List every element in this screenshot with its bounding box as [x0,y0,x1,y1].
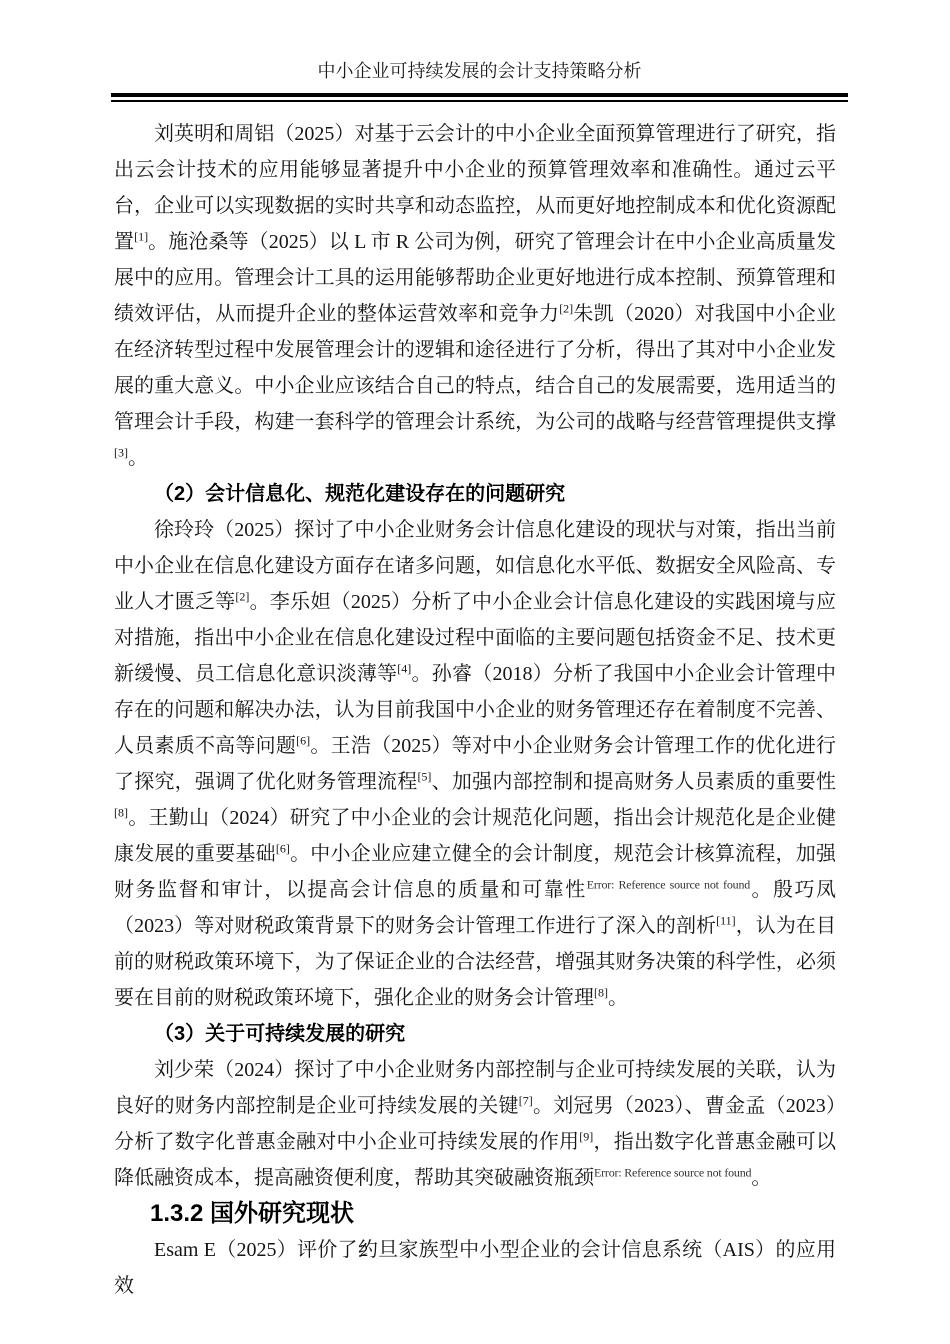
citation-superscript: [7] [519,1093,533,1107]
citation-superscript: [2] [559,301,573,315]
text-run: （3）关于可持续发展的研究 [154,1023,405,1045]
paragraph: 刘英明和周铝（2025）对基于云会计的中小企业全面预算管理进行了研究，指出云会计… [114,116,836,476]
page-header: 中小企业可持续发展的会计支持策略分析 [111,56,848,102]
citation-superscript: [9] [579,1129,593,1143]
page-number: 2 [344,1241,384,1261]
subsection-heading: （2）会计信息化、规范化建设存在的问题研究 [114,476,836,512]
text-run: （2）会计信息化、规范化建设存在的问题研究 [154,483,565,505]
citation-superscript: [5] [417,769,431,783]
document-page: 中小企业可持续发展的会计支持策略分析 刘英明和周铝（2025）对基于云会计的中小… [0,0,950,1344]
subsection-heading: （3）关于可持续发展的研究 [114,1016,836,1052]
section-heading: 1.3.2 国外研究现状 [114,1196,836,1232]
header-rule-thin [111,100,848,102]
paragraph: Esam E（2025）评价了约旦家族型中小型企业的会计信息系统（AIS）的应用… [114,1232,836,1304]
citation-superscript: [4] [397,661,411,675]
document-body: 刘英明和周铝（2025）对基于云会计的中小企业全面预算管理进行了研究，指出云会计… [114,116,836,1304]
citation-superscript: [8] [114,805,128,819]
citation-superscript: [1] [134,229,148,243]
paragraph: 刘少荣（2024）探讨了中小企业财务内部控制与企业可持续发展的关联，认为良好的财… [114,1052,836,1196]
text-run: 。 [128,447,148,469]
paragraph: 徐玲玲（2025）探讨了中小企业财务会计信息化建设的现状与对策，指出当前中小企业… [114,512,836,1016]
error-reference-field: Error: Reference source not found [594,1165,751,1179]
citation-superscript: [11] [716,913,736,927]
text-run: 。 [751,1167,771,1189]
text-run: 、加强内部控制和提高财务人员素质的重要性 [431,771,836,793]
text-run: Esam E（2025）评价了约旦家族型中小型企业的会计信息系统（AIS）的应用… [114,1239,836,1297]
citation-superscript: [3] [114,445,128,459]
error-reference-field: Error: Reference source not found [587,877,750,891]
citation-superscript: [6] [276,841,290,855]
text-run: 。 [608,987,628,1009]
running-head-title: 中小企业可持续发展的会计支持策略分析 [111,56,848,93]
header-rule-thick [111,93,848,97]
citation-superscript: [6] [296,733,310,747]
citation-superscript: [2] [235,589,249,603]
text-run: 1.3.2 国外研究现状 [150,1200,354,1227]
citation-superscript: [8] [594,985,608,999]
